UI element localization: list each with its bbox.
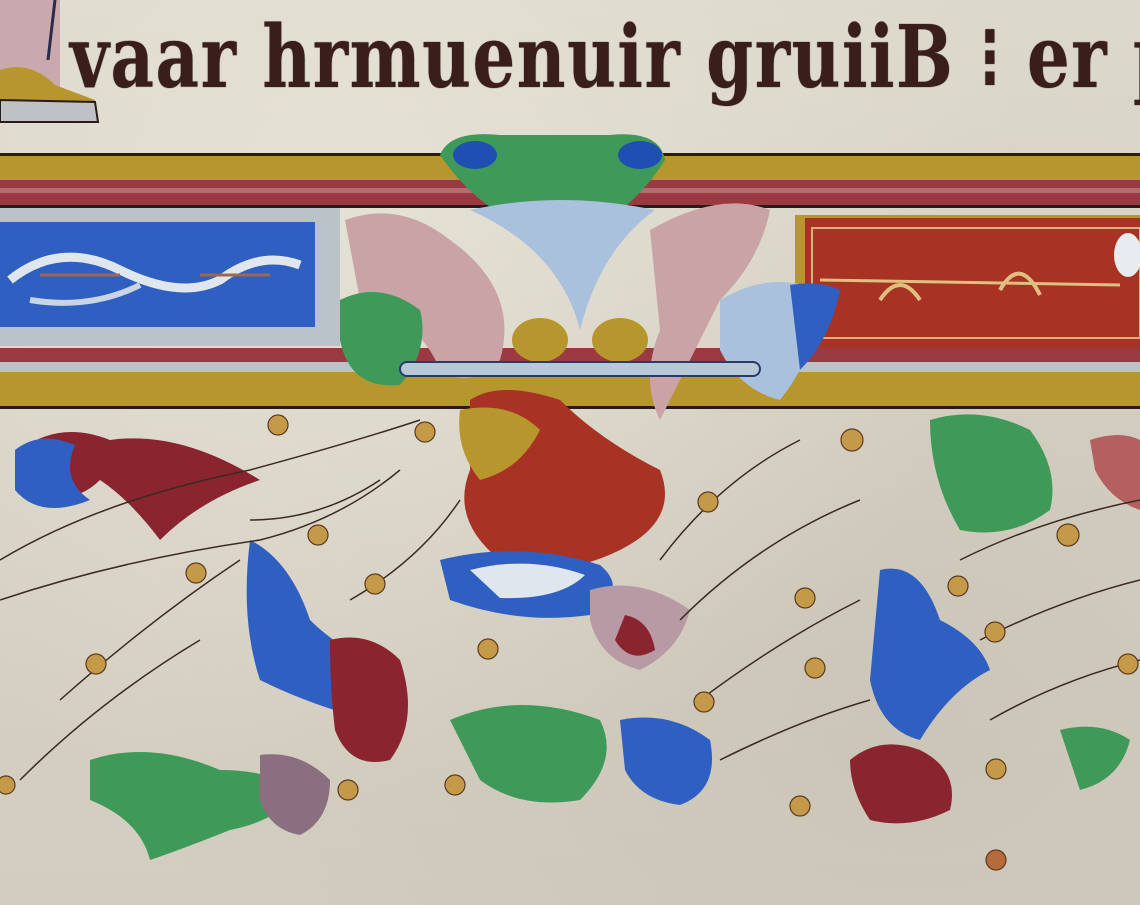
blue-panel-left — [0, 208, 340, 346]
red-panel-right — [795, 215, 1140, 355]
gold-border-bar-bottom — [0, 348, 1140, 409]
illumination-artwork — [0, 0, 1140, 905]
